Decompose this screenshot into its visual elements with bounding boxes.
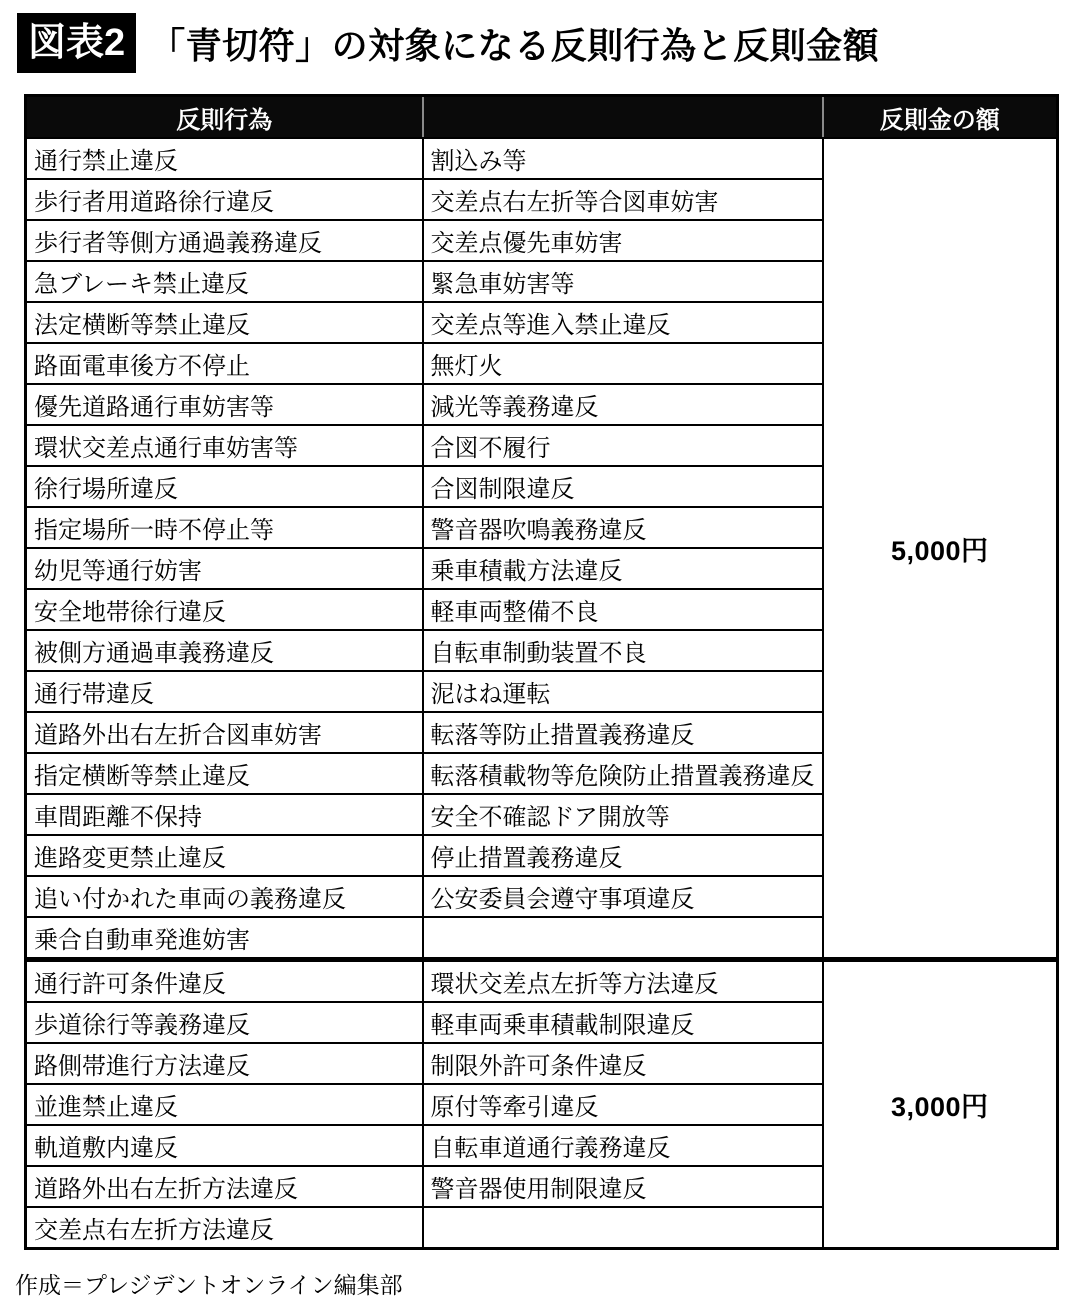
violation-cell: 合図制限違反: [423, 466, 823, 507]
header-row: 反則行為 反則金の額: [26, 96, 1058, 139]
violation-cell: 歩行者等側方通過義務違反: [26, 220, 423, 261]
violation-cell: 通行禁止違反: [26, 138, 423, 179]
violation-cell: 道路外出右左折方法違反: [26, 1166, 423, 1207]
violation-cell: 徐行場所違反: [26, 466, 423, 507]
violation-cell: 追い付かれた車両の義務違反: [26, 876, 423, 917]
violation-cell: 路側帯進行方法違反: [26, 1043, 423, 1084]
violation-fine-table: 反則行為 反則金の額 通行禁止違反割込み等5,000円歩行者用道路徐行違反交差点…: [24, 94, 1059, 1250]
violation-cell: 制限外許可条件違反: [423, 1043, 823, 1084]
header-violations: 反則行為: [26, 96, 423, 139]
violation-cell: 幼児等通行妨害: [26, 548, 423, 589]
violation-cell: 泥はね運転: [423, 671, 823, 712]
violation-cell: 軌道敷内違反: [26, 1125, 423, 1166]
table-body: 通行禁止違反割込み等5,000円歩行者用道路徐行違反交差点右左折等合図車妨害歩行…: [26, 138, 1058, 1249]
violation-cell: 軽車両整備不良: [423, 589, 823, 630]
credit-line: 作成＝プレジデントオンライン編集部: [15, 1267, 1080, 1300]
violation-cell: 路面電車後方不停止: [26, 343, 423, 384]
violation-cell: 環状交差点左折等方法違反: [423, 960, 823, 1003]
figure-tag: 図表2: [17, 13, 136, 73]
violation-cell: [423, 917, 823, 960]
violation-cell: 警音器吹鳴義務違反: [423, 507, 823, 548]
violation-cell: 歩行者用道路徐行違反: [26, 179, 423, 220]
figure-title: 「青切符」の対象になる反則行為と反則金額: [149, 18, 879, 69]
violation-cell: 乗合自動車発進妨害: [26, 917, 423, 960]
fine-amount-cell: 5,000円: [823, 138, 1058, 960]
violation-cell: 急ブレーキ禁止違反: [26, 261, 423, 302]
violation-cell: 車間距離不保持: [26, 794, 423, 835]
violation-cell: 交差点右左折方法違反: [26, 1207, 423, 1249]
fine-amount-cell: 3,000円: [823, 960, 1058, 1249]
violation-cell: 環状交差点通行車妨害等: [26, 425, 423, 466]
violation-cell: 減光等義務違反: [423, 384, 823, 425]
table-header: 反則行為 反則金の額: [26, 96, 1058, 139]
violation-cell: 優先道路通行車妨害等: [26, 384, 423, 425]
violation-cell: 乗車積載方法違反: [423, 548, 823, 589]
violation-cell: 警音器使用制限違反: [423, 1166, 823, 1207]
violation-cell: 公安委員会遵守事項違反: [423, 876, 823, 917]
header-violations-2: [423, 96, 823, 139]
violation-cell: 進路変更禁止違反: [26, 835, 423, 876]
violation-cell: 安全地帯徐行違反: [26, 589, 423, 630]
violation-cell: [423, 1207, 823, 1249]
violation-cell: 軽車両乗車積載制限違反: [423, 1002, 823, 1043]
violation-cell: 自転車道通行義務違反: [423, 1125, 823, 1166]
figure-title-bar: 図表2 「青切符」の対象になる反則行為と反則金額: [17, 13, 1080, 73]
violation-cell: 停止措置義務違反: [423, 835, 823, 876]
violation-cell: 通行帯違反: [26, 671, 423, 712]
violation-cell: 安全不確認ドア開放等: [423, 794, 823, 835]
violation-cell: 指定横断等禁止違反: [26, 753, 423, 794]
violation-cell: 転落積載物等危険防止措置義務違反: [423, 753, 823, 794]
violation-cell: 転落等防止措置義務違反: [423, 712, 823, 753]
violation-cell: 交差点優先車妨害: [423, 220, 823, 261]
violation-cell: 歩道徐行等義務違反: [26, 1002, 423, 1043]
violation-cell: 通行許可条件違反: [26, 960, 423, 1003]
table-row: 通行許可条件違反環状交差点左折等方法違反3,000円: [26, 960, 1058, 1003]
violation-cell: 道路外出右左折合図車妨害: [26, 712, 423, 753]
violation-cell: 緊急車妨害等: [423, 261, 823, 302]
violation-cell: 割込み等: [423, 138, 823, 179]
violation-cell: 原付等牽引違反: [423, 1084, 823, 1125]
violation-cell: 指定場所一時不停止等: [26, 507, 423, 548]
violation-cell: 被側方通過車義務違反: [26, 630, 423, 671]
violation-cell: 無灯火: [423, 343, 823, 384]
violation-cell: 合図不履行: [423, 425, 823, 466]
violation-cell: 並進禁止違反: [26, 1084, 423, 1125]
violation-cell: 法定横断等禁止違反: [26, 302, 423, 343]
table-row: 通行禁止違反割込み等5,000円: [26, 138, 1058, 179]
violation-cell: 交差点右左折等合図車妨害: [423, 179, 823, 220]
header-fine-amount: 反則金の額: [823, 96, 1058, 139]
violation-cell: 自転車制動装置不良: [423, 630, 823, 671]
violation-cell: 交差点等進入禁止違反: [423, 302, 823, 343]
